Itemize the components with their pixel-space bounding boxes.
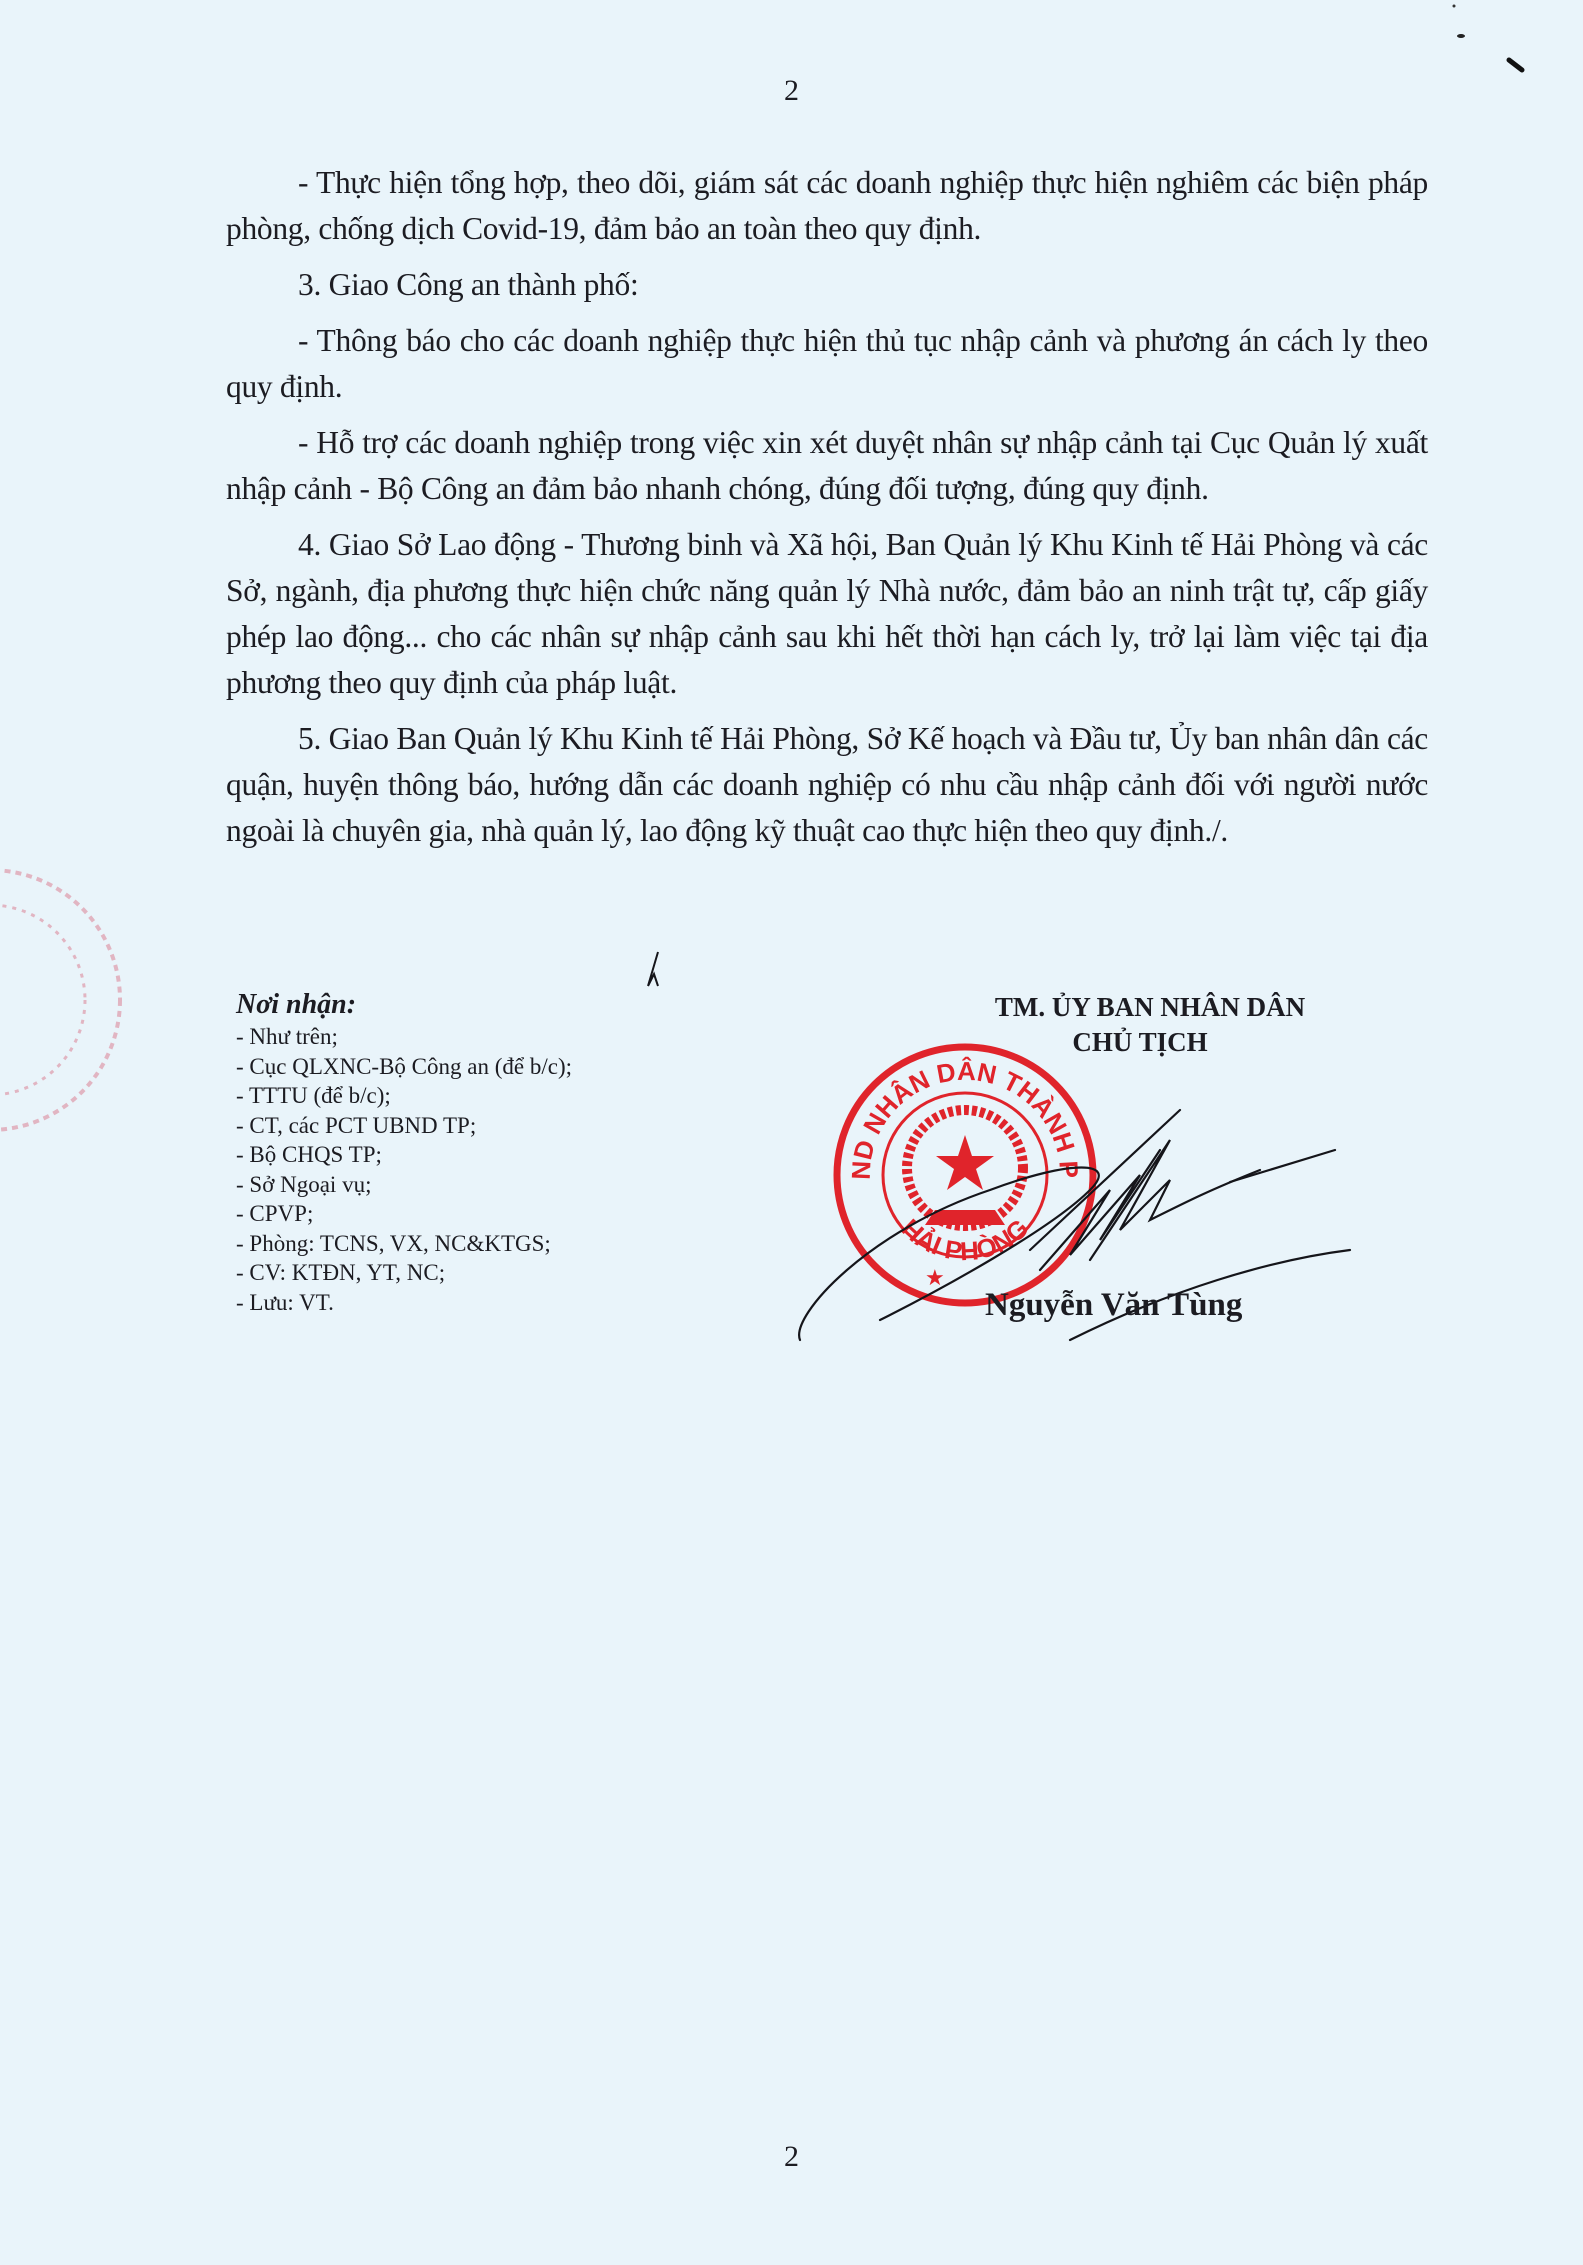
recipient-item: - CV: KTĐN, YT, NC; xyxy=(236,1258,572,1288)
paragraph: - Thực hiện tổng hợp, theo dõi, giám sát… xyxy=(226,160,1428,252)
recipient-item: - Bộ CHQS TP; xyxy=(236,1140,572,1170)
recipient-item: - CPVP; xyxy=(236,1199,572,1229)
signer-organization: TM. ỦY BAN NHÂN DÂN xyxy=(940,990,1360,1025)
paragraph: 4. Giao Sở Lao động - Thương binh và Xã … xyxy=(226,522,1428,706)
document-body: - Thực hiện tổng hợp, theo dõi, giám sát… xyxy=(226,160,1428,864)
page-number-top: 2 xyxy=(0,74,1583,108)
scan-specks xyxy=(1450,0,1583,100)
partial-stamp-icon xyxy=(0,850,140,1150)
signer-name: Nguyễn Văn Tùng xyxy=(985,1287,1242,1324)
signature-block: TM. ỦY BAN NHÂN DÂN CHỦ TỊCH xyxy=(900,990,1360,1060)
page-number-bottom: 2 xyxy=(0,2140,1583,2174)
recipient-item: - CT, các PCT UBND TP; xyxy=(236,1111,572,1141)
recipient-item: - Phòng: TCNS, VX, NC&KTGS; xyxy=(236,1229,572,1259)
recipients-title: Nơi nhận: xyxy=(236,988,572,1022)
recipient-item: - Cục QLXNC-Bộ Công an (để b/c); xyxy=(236,1052,572,1082)
initial-mark-icon xyxy=(640,950,670,990)
recipient-item: - Như trên; xyxy=(236,1022,572,1052)
paragraph: 3. Giao Công an thành phố: xyxy=(226,262,1428,308)
recipient-item: - Sở Ngoại vụ; xyxy=(236,1170,572,1200)
recipient-item: - Lưu: VT. xyxy=(236,1288,572,1318)
paragraph: 5. Giao Ban Quản lý Khu Kinh tế Hải Phòn… xyxy=(226,716,1428,854)
paragraph: - Thông báo cho các doanh nghiệp thực hi… xyxy=(226,318,1428,410)
paragraph: - Hỗ trợ các doanh nghiệp trong việc xin… xyxy=(226,420,1428,512)
recipients-list: Nơi nhận: - Như trên; - Cục QLXNC-Bộ Côn… xyxy=(236,988,572,1317)
signer-title: CHỦ TỊCH xyxy=(920,1025,1360,1060)
recipient-item: - TTTU (để b/c); xyxy=(236,1081,572,1111)
